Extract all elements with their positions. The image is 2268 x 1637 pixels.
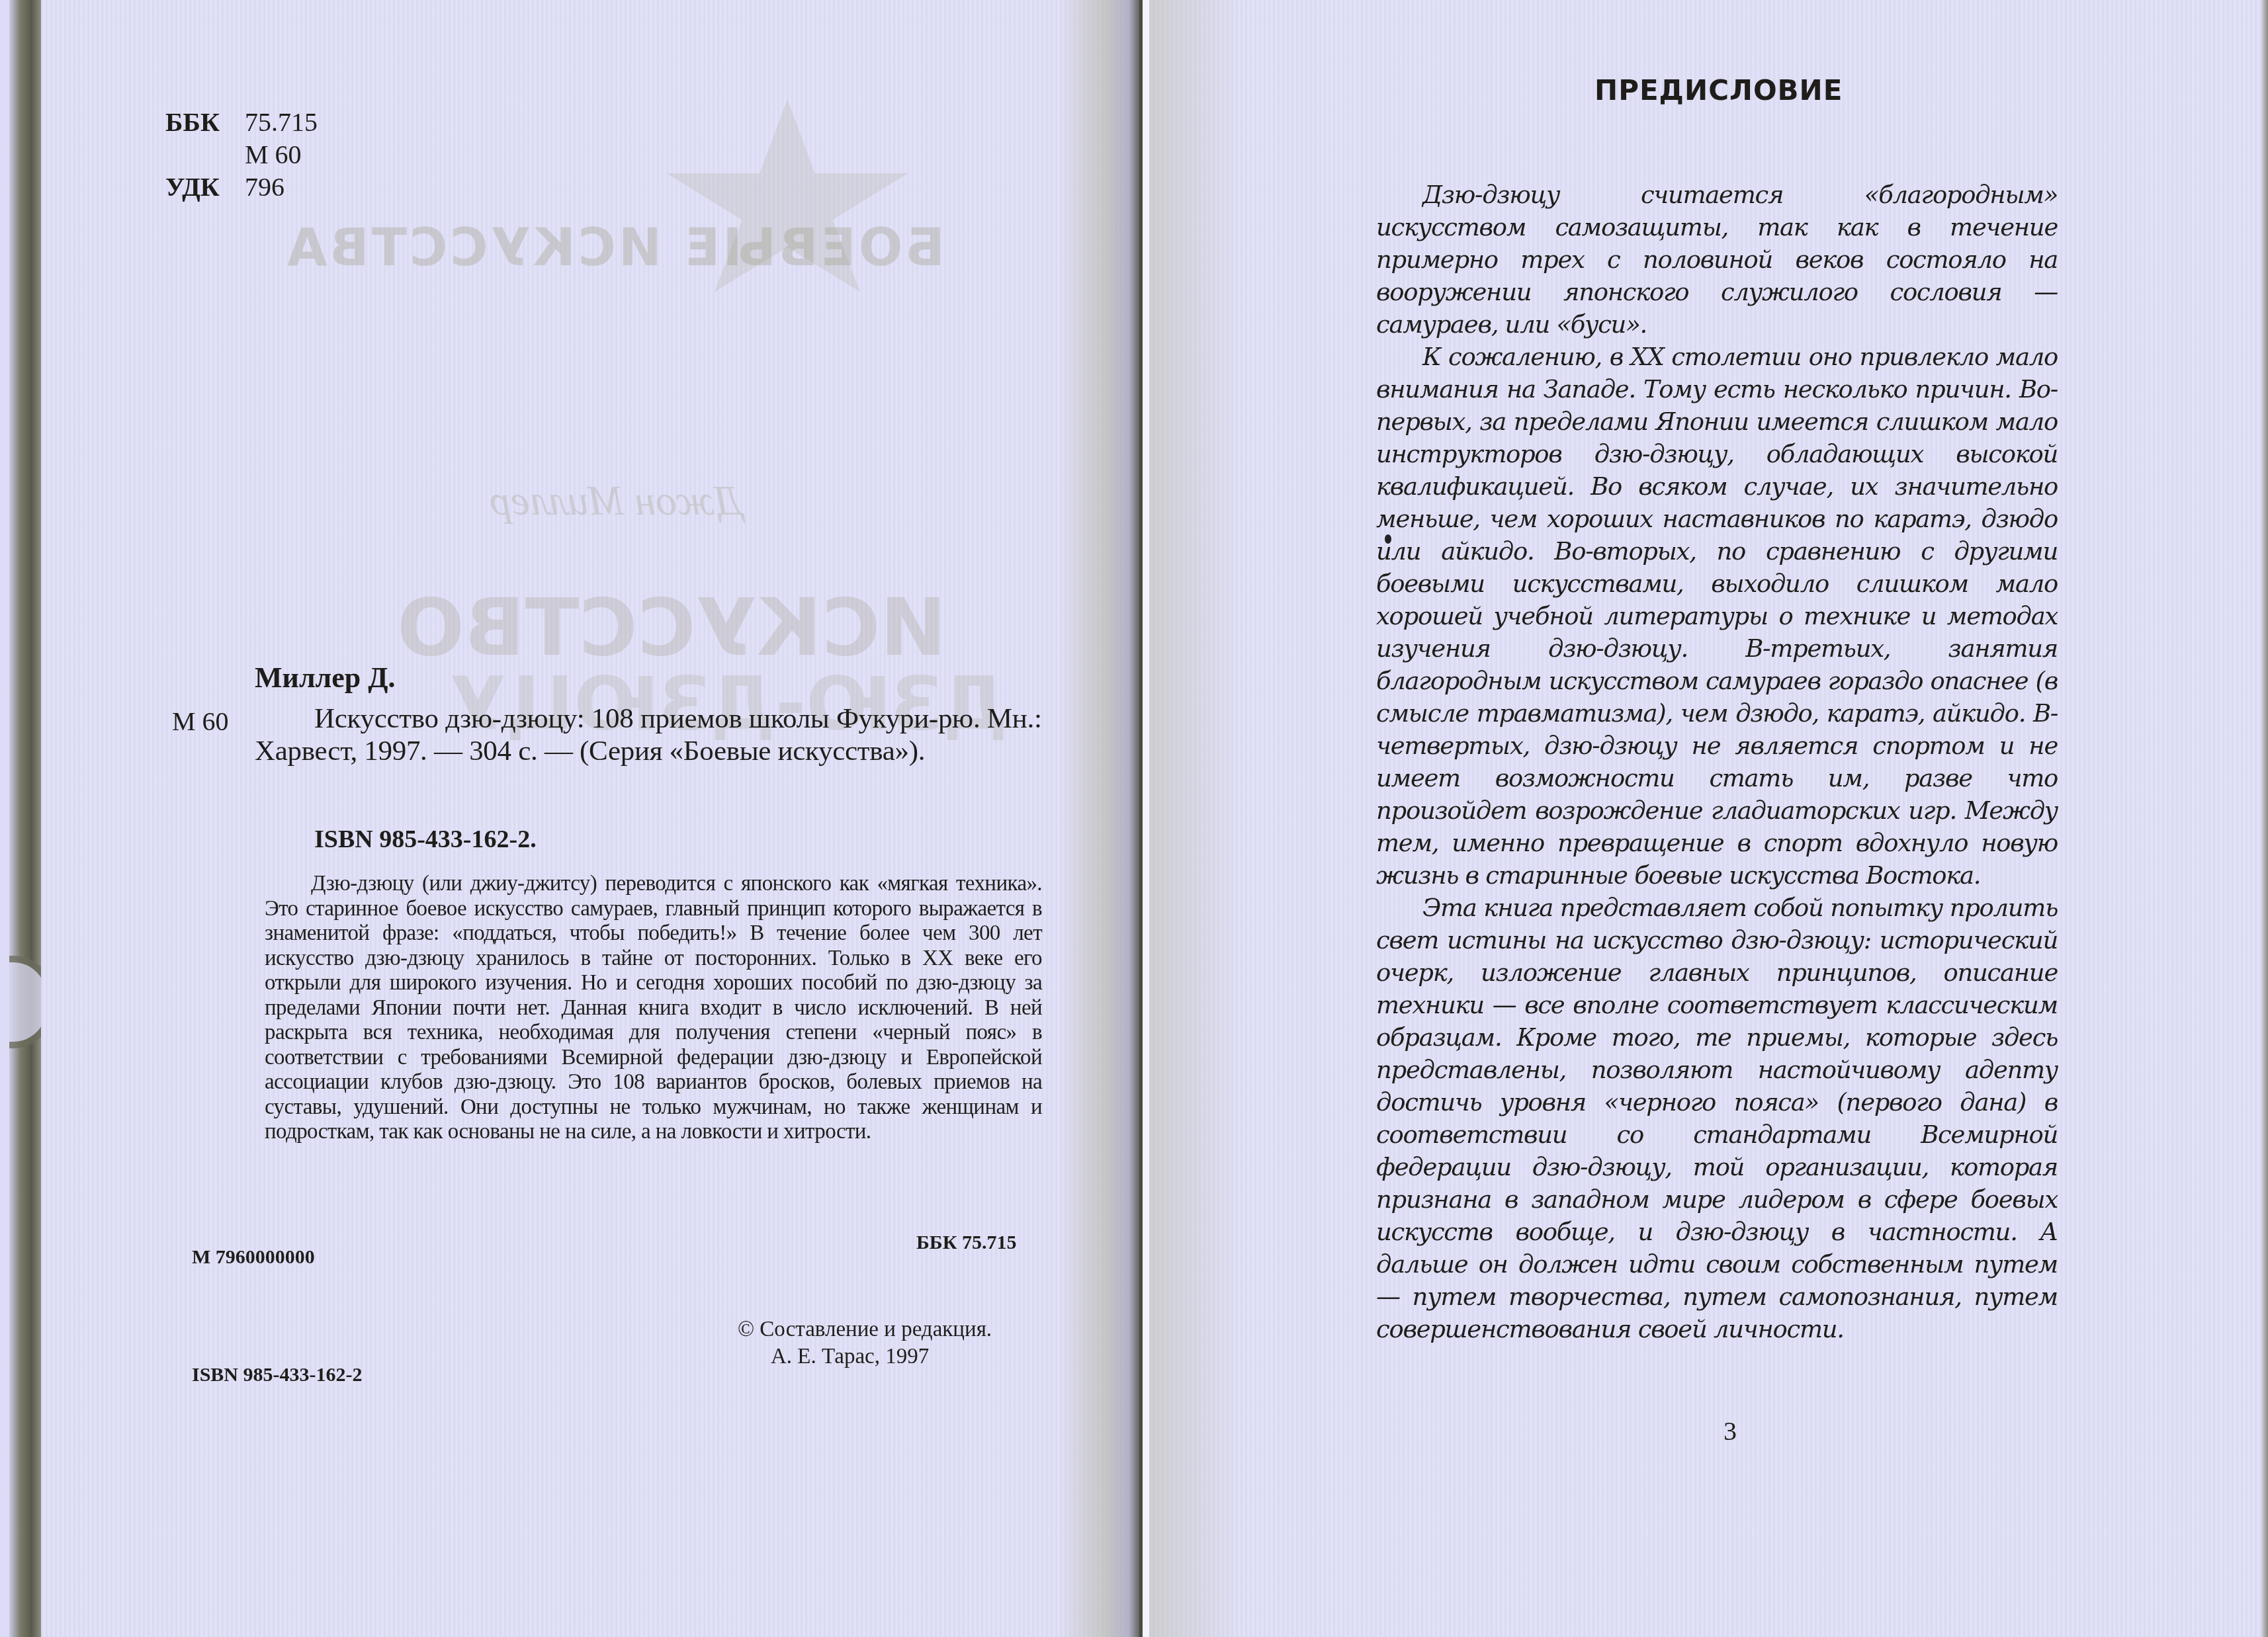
- gutter-right-shade: [1149, 0, 1242, 1637]
- preface-paragraph: Эта книга представляет собой попытку про…: [1376, 892, 2058, 1345]
- book-spread-scan: БОЕВЫЕ ИСКУССТВА Джон Миллер ИСКУССТВО Д…: [0, 0, 2268, 1637]
- book-annotation: Дзю-дзюцу (или джиу-джитсу) переводится …: [265, 872, 1042, 1145]
- classification-value: 796: [245, 171, 284, 203]
- record-catalog-mark: М 60: [172, 705, 229, 737]
- record-description: Искусство дзю-дзюцу: 108 приемов школы Ф…: [255, 702, 1055, 767]
- copyright-line2: А. Е. Тарас, 1997: [738, 1343, 992, 1370]
- page-title: ПРЕДИСЛОВИЕ: [1594, 74, 1843, 106]
- preface-paragraph: К сожалению, в XX столетии оно привлекло…: [1376, 341, 2058, 892]
- classification-value: 75.715: [245, 106, 318, 138]
- ink-speck: [1385, 534, 1391, 544]
- scanner-right-edge: [2261, 0, 2268, 1637]
- preface-paragraph: Дзю-дзюцу считается «благородным» искусс…: [1376, 179, 2058, 341]
- preface-body: Дзю-дзюцу считается «благородным» искусс…: [1376, 179, 2058, 1345]
- bleed-through-title-line1: ИСКУССТВО: [397, 582, 947, 674]
- classification-codes: ББК 75.715 М 60 УДК 796: [165, 106, 318, 203]
- classification-row-author-mark: М 60: [165, 138, 318, 171]
- classification-key: ББК: [165, 106, 245, 138]
- bleed-through-author: Джон Миллер: [490, 476, 742, 525]
- bleed-through-series-logo: БОЕВЫЕ ИСКУССТВА: [284, 218, 945, 278]
- footer-bbk: ББК 75.715: [916, 1232, 1016, 1254]
- gutter-highlight: [1143, 0, 1149, 1637]
- gutter-shadow: [1059, 0, 1141, 1637]
- footer-isbn: ISBN 985-433-162-2: [192, 1364, 363, 1386]
- scanner-left-edge: [9, 0, 41, 1637]
- classification-row-udk: УДК 796: [165, 171, 318, 203]
- page-number: 3: [1723, 1415, 1737, 1447]
- classification-row-bbk: ББК 75.715: [165, 106, 318, 138]
- classification-value: М 60: [165, 138, 302, 171]
- classification-key: УДК: [165, 171, 245, 203]
- copyright-line1: © Составление и редакция.: [738, 1316, 992, 1343]
- record-isbn: ISBN 985-433-162-2.: [314, 823, 537, 856]
- publisher-code: М 7960000000: [192, 1246, 315, 1269]
- record-author: Миллер Д.: [255, 661, 396, 694]
- copyright-notice: © Составление и редакция. А. Е. Тарас, 1…: [738, 1316, 992, 1370]
